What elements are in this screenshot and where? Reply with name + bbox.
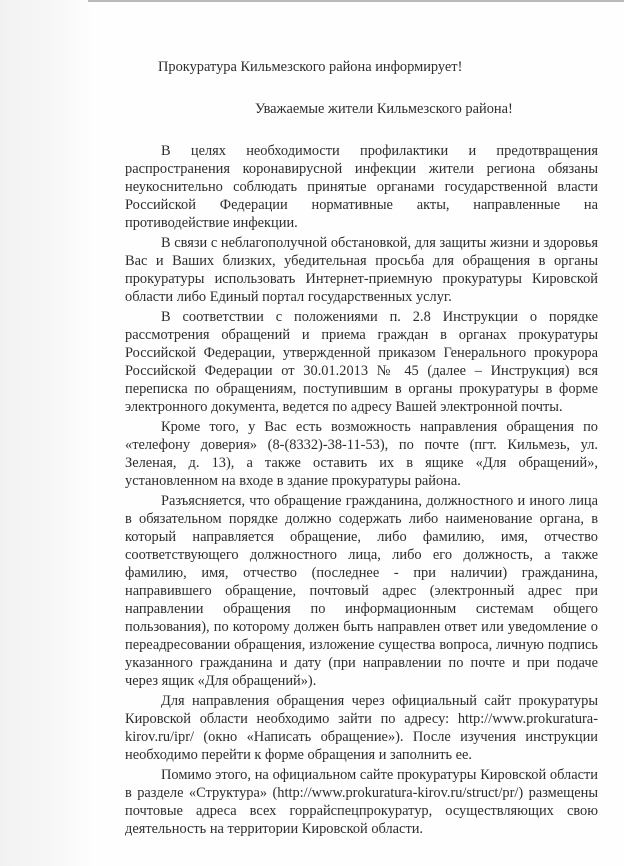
scanned-page: Прокуратура Кильмезского района информир… (0, 0, 624, 866)
document-title: Прокуратура Кильмезского района информир… (158, 58, 598, 76)
paragraph-instruction: В соответствии с положениями п. 2.8 Инст… (125, 308, 598, 416)
document-text: В целях необходимости профилактики и пре… (125, 142, 598, 838)
paragraph-structure: Помимо этого, на официальном сайте проку… (125, 766, 598, 838)
page-top-edge (88, 0, 624, 2)
paragraph-website: Для направления обращения через официаль… (125, 692, 598, 764)
paragraph-hotline: Кроме того, у Вас есть возможность напра… (125, 418, 598, 490)
document-salutation: Уважаемые жители Кильмезского района! (255, 100, 598, 118)
document-body: Прокуратура Кильмезского района информир… (125, 58, 598, 838)
paragraph-prevention: В целях необходимости профилактики и пре… (125, 142, 598, 232)
page-fold-shadow (0, 0, 90, 866)
paragraph-internet-reception: В связи с неблагополучной обстановкой, д… (125, 234, 598, 306)
paragraph-requirements: Разъясняется, что обращение гражданина, … (125, 492, 598, 690)
